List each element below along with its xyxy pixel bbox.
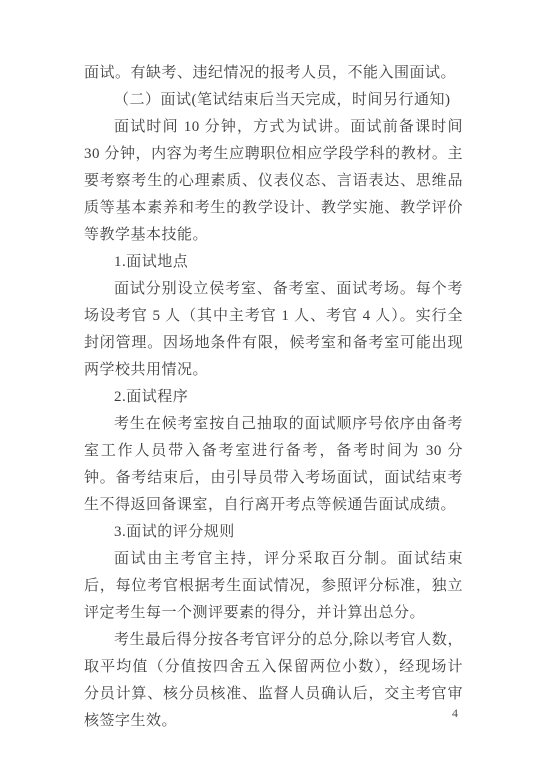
document-body: 面试。有缺考、违纪情况的报考人员，不能入围面试。 （二）面试(笔试结束后当天完成…: [84, 60, 463, 735]
paragraph-interview-location: 面试分别设立侯考室、备考室、面试考场。每个考场设考官 5 人（其中主考官 1 人…: [84, 276, 463, 384]
paragraph-interview-procedure: 考生在候考室按自己抽取的面试顺序号依序由备考室工作人员带入备考室进行备考，备考时…: [84, 411, 463, 519]
page-number: 4: [452, 706, 458, 720]
heading-section-2-interview: （二）面试(笔试结束后当天完成，时间另行通知): [84, 87, 463, 114]
paragraph-no-shortlist-continuation: 面试。有缺考、违纪情况的报考人员，不能入围面试。: [84, 60, 463, 87]
heading-interview-procedure: 2.面试程序: [84, 384, 463, 411]
document-page: 面试。有缺考、违纪情况的报考人员，不能入围面试。 （二）面试(笔试结束后当天完成…: [0, 0, 544, 769]
paragraph-scoring-method: 面试由主考官主持，评分采取百分制。面试结束后，每位考官根据考生面试情况，参照评分…: [84, 546, 463, 627]
paragraph-final-score-calculation: 考生最后得分按各考官评分的总分,除以考官人数，取平均值（分值按四舍五入保留两位小…: [84, 627, 463, 735]
heading-scoring-rules: 3.面试的评分规则: [84, 519, 463, 546]
paragraph-interview-format: 面试时间 10 分钟，方式为试讲。面试前备课时间 30 分钟，内容为考生应聘职位…: [84, 114, 463, 249]
heading-interview-location: 1.面试地点: [84, 249, 463, 276]
